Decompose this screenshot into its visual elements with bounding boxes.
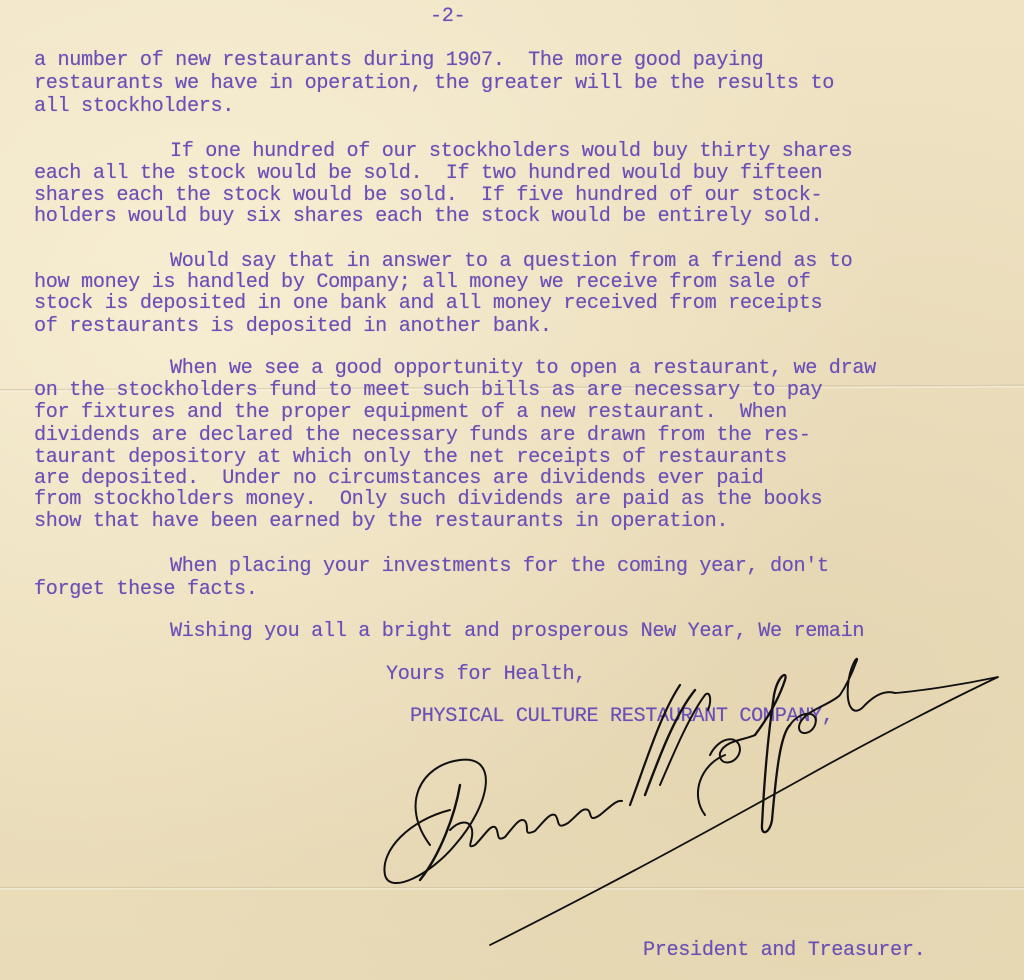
paragraph-2-line: shares each the stock would be sold. If … — [34, 185, 822, 207]
paragraph-4-line: taurant depository at which only the net… — [34, 447, 787, 469]
paragraph-3-line: stock is deposited in one bank and all m… — [34, 293, 822, 315]
handwritten-signature — [360, 655, 1010, 955]
paragraph-3-line: how money is handled by Company; all mon… — [34, 272, 810, 294]
paragraph-4-line: show that have been earned by the restau… — [34, 511, 728, 533]
paragraph-4-line: are deposited. Under no circumstances ar… — [34, 468, 763, 490]
paragraph-6-line: Wishing you all a bright and prosperous … — [170, 621, 864, 643]
paragraph-5-line: When placing your investments for the co… — [170, 556, 829, 578]
paragraph-2-line: holders would buy six shares each the st… — [34, 206, 822, 228]
paragraph-5-line: forget these facts. — [34, 579, 258, 601]
closing-salutation: Yours for Health, — [386, 664, 586, 686]
paragraph-2-line: each all the stock would be sold. If two… — [34, 163, 822, 185]
paragraph-1-line: a number of new restaurants during 1907.… — [34, 50, 763, 72]
paragraph-4-line: When we see a good opportunity to open a… — [170, 358, 876, 380]
paragraph-2-line: If one hundred of our stockholders would… — [170, 141, 852, 163]
paragraph-4-line: on the stockholders fund to meet such bi… — [34, 380, 822, 402]
paragraph-4-line: for fixtures and the proper equipment of… — [34, 402, 787, 424]
paragraph-3-line: Would say that in answer to a question f… — [170, 251, 852, 273]
paragraph-4-line: dividends are declared the necessary fun… — [34, 425, 810, 447]
paragraph-1-line: restaurants we have in operation, the gr… — [34, 73, 834, 95]
paragraph-4-line: from stockholders money. Only such divid… — [34, 489, 822, 511]
page-number: -2- — [430, 6, 465, 28]
paragraph-3-line: of restaurants is deposited in another b… — [34, 316, 552, 338]
signer-title: President and Treasurer. — [643, 940, 925, 962]
letter-page: -2- a number of new restaurants during 1… — [0, 0, 1024, 980]
paper-fold-line — [0, 887, 1024, 890]
company-name: PHYSICAL CULTURE RESTAURANT COMPANY, — [410, 706, 834, 728]
paragraph-1-line: all stockholders. — [34, 96, 234, 118]
